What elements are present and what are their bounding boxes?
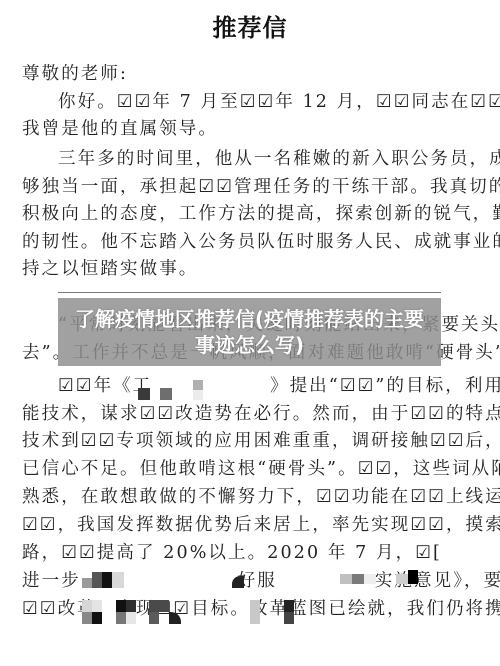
divider-line	[58, 292, 441, 293]
paragraph-4-line-5: 熟悉，在敢想敢做的不懈努力下，☑☑功能在☑☑上线运行。	[22, 486, 482, 508]
salutation: 尊敬的老师:	[22, 63, 482, 85]
paragraph-4-line-6: ☑☑，我国发挥数据优势后来居上，率先实现☑☑，摸索出☑☑道	[22, 514, 482, 536]
paragraph-4-line-1: ☑☑年《工 》提出“☑☑”的目标，利用人工智	[58, 375, 500, 397]
redaction-mosaic	[284, 612, 294, 624]
paragraph-4-line-4: 已信心不足。但他敢啃这根“硬骨头”。☑☑，这些词从陌生变	[22, 458, 482, 480]
document-title: 推荐信	[0, 8, 500, 43]
paragraph-4-line-3: 技术到☑☑专项领域的应用困难重重，调研接触☑☑后，不少人	[22, 430, 482, 452]
redaction-mosaic	[340, 574, 352, 584]
paragraph-4-line-2: 能技术，谋求☑☑改造势在必行。然而，由于☑☑的特点，通用	[22, 403, 482, 425]
redaction-mosaic	[126, 600, 136, 612]
redaction-mosaic	[408, 570, 418, 584]
redaction-mosaic	[193, 390, 203, 400]
paragraph-2-line-2: 够独当一面，承担起☑☑管理任务的干练干部。我真切的看到他	[22, 176, 482, 198]
redaction-mosaic	[116, 600, 126, 612]
redaction-mosaic	[126, 612, 136, 624]
redaction-mosaic	[193, 380, 203, 390]
redaction-mosaic	[352, 574, 364, 584]
redaction-mosaic	[149, 612, 159, 624]
paragraph-2-line-3: 积极向上的态度，工作方法的提高，探索创新的锐气，勤恳肯干	[22, 203, 482, 225]
redaction-mosaic	[112, 572, 124, 588]
redaction-mosaic	[149, 600, 169, 612]
paragraph-4-line-7: 路，☑☑提高了 20%以上。2020 年 7 月，☑[ ]发《关于	[22, 542, 482, 564]
paragraph-1-line-1: 你好。☑☑年 7 月至☑☑年 12 月，☑☑同志在☑☑处工作，	[58, 91, 500, 113]
redaction-mosaic	[364, 574, 376, 584]
redaction-mosaic	[102, 572, 112, 588]
paragraph-2-line-4: 的韧性。他不忘踏入公务员队伍时服务人民、成就事业的初心，	[22, 231, 482, 253]
redaction-mosaic	[284, 600, 294, 612]
redaction-mosaic	[116, 612, 126, 624]
redaction-mosaic	[160, 388, 172, 400]
redaction-mosaic	[138, 388, 150, 400]
caption-text: 了解疫情地区推荐信(疫情推荐表的主要事迹怎么写)	[70, 306, 430, 358]
redaction-mosaic	[232, 576, 244, 588]
redaction-mosaic	[82, 600, 92, 612]
paragraph-1-line-2: 我曾是他的直属领导。	[22, 118, 482, 140]
redaction-mosaic	[92, 572, 102, 588]
redaction-mosaic	[92, 600, 102, 612]
redaction-mosaic	[396, 574, 408, 584]
redaction-mosaic	[92, 612, 102, 624]
redaction-mosaic	[82, 578, 92, 588]
paragraph-2-line-5: 持之以恒踏实做事。	[22, 258, 482, 280]
caption-overlay: 了解疫情地区推荐信(疫情推荐表的主要事迹怎么写)	[58, 298, 441, 366]
paragraph-2-line-1: 三年多的时间里，他从一名稚嫩的新入职公务员，成长为能	[58, 148, 500, 170]
redaction-mosaic	[250, 600, 260, 624]
redaction-mosaic	[82, 612, 92, 624]
